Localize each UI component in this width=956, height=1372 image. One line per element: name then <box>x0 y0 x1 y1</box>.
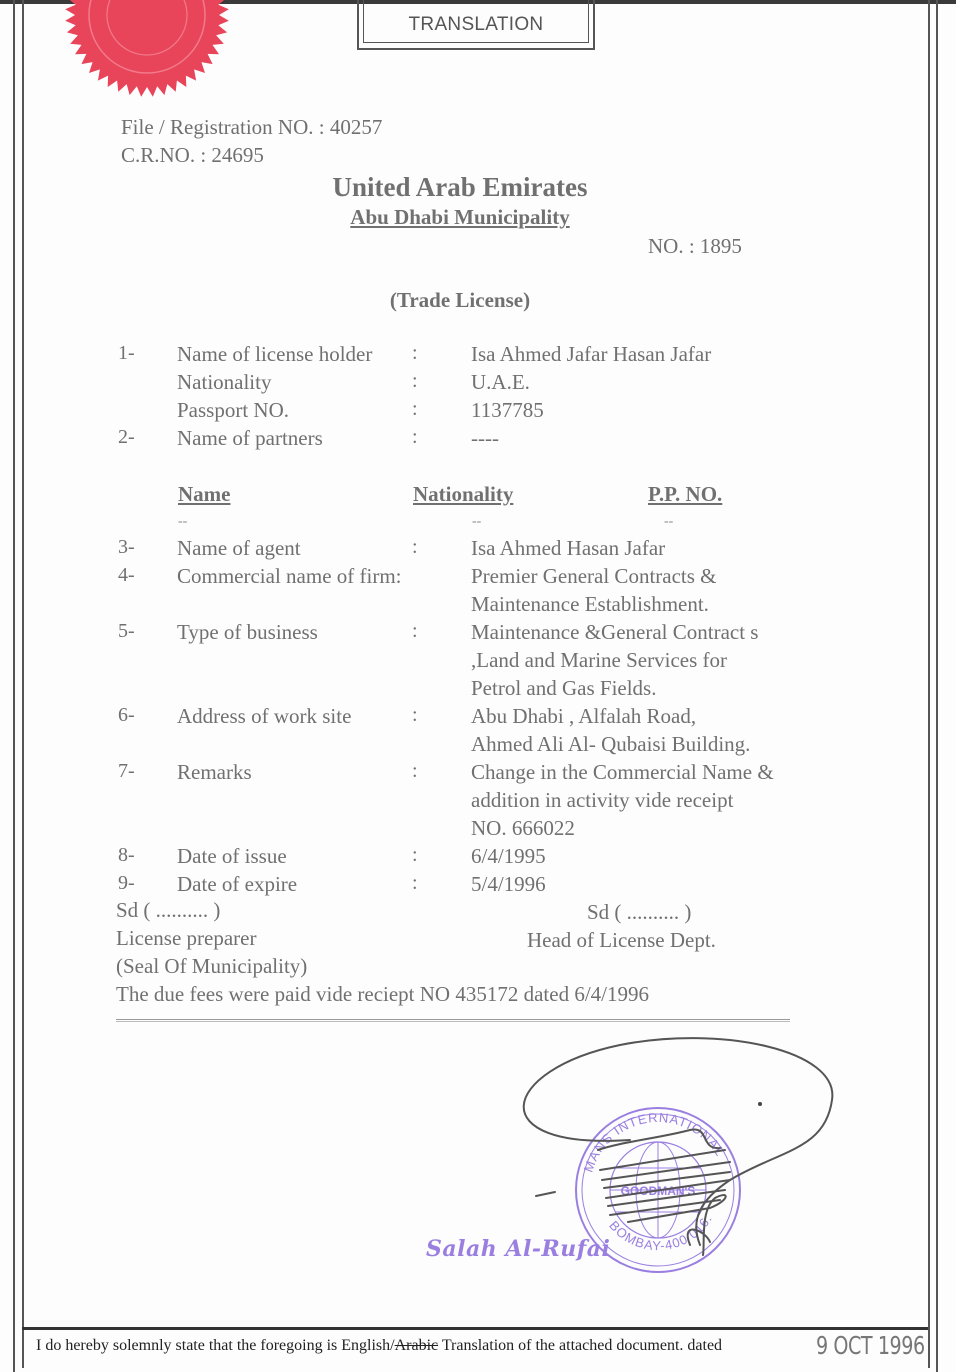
cr-number: C.R.NO. : 24695 <box>121 143 264 168</box>
field-value: Isa Ahmed Jafar Hasan Jafar <box>471 342 711 367</box>
field-value: 5/4/1996 <box>471 872 546 897</box>
field-label: Address of work site <box>177 704 351 729</box>
field-value: ---- <box>471 426 499 451</box>
field-value: addition in activity vide receipt <box>471 788 733 813</box>
partners-header-pp-no: P.P. NO. <box>648 482 722 507</box>
head-signature: Sd ( .......... ) <box>587 900 691 925</box>
field-value: Maintenance &General Contract s <box>471 620 758 645</box>
field-colon: : <box>412 704 418 727</box>
field-number: 2- <box>118 426 135 449</box>
svg-text:BOMBAY-400 016.: BOMBAY-400 016. <box>606 1212 715 1254</box>
preparer-signature: Sd ( .......... ) <box>116 898 220 923</box>
field-value: Ahmed Ali Al- Qubaisi Building. <box>471 732 750 757</box>
field-value: Premier General Contracts & <box>471 564 717 589</box>
field-number: 5- <box>118 620 135 643</box>
statement-pre: I do hereby solemnly state that the fore… <box>36 1337 395 1354</box>
partners-header-name: Name <box>178 482 230 507</box>
field-colon: : <box>412 844 418 867</box>
fees-note: The due fees were paid vide reciept NO 4… <box>116 982 649 1007</box>
field-value: Abu Dhabi , Alfalah Road, <box>471 704 696 729</box>
statement-post: Translation of the attached document. da… <box>438 1337 722 1354</box>
field-number: 3- <box>118 536 135 559</box>
head-role: Head of License Dept. <box>527 928 716 953</box>
field-value: 1137785 <box>471 398 544 423</box>
document-type: (Trade License) <box>0 288 920 313</box>
field-number: 9- <box>118 872 135 895</box>
license-number: NO. : 1895 <box>648 234 742 259</box>
field-label: Nationality <box>177 370 271 395</box>
field-label: Remarks <box>177 760 252 785</box>
field-number: 1- <box>118 342 135 365</box>
document-subtitle: Abu Dhabi Municipality <box>0 205 920 230</box>
field-value: Maintenance Establishment. <box>471 592 709 617</box>
field-label: Name of license holder <box>177 342 372 367</box>
translation-statement: I do hereby solemnly state that the fore… <box>36 1337 722 1355</box>
field-colon: : <box>412 342 418 365</box>
field-value: Change in the Commercial Name & <box>471 760 774 785</box>
field-value: Isa Ahmed Hasan Jafar <box>471 536 665 561</box>
field-colon: : <box>412 620 418 643</box>
statement-struck-word: Arabic <box>395 1337 439 1354</box>
preparer-role: License preparer <box>116 926 257 951</box>
field-label: Date of issue <box>177 844 287 869</box>
field-colon: : <box>412 760 418 783</box>
footer-rule <box>22 1327 928 1330</box>
translator-name-stamp: Salah Al-Rufai <box>426 1236 610 1262</box>
field-number: 6- <box>118 704 135 727</box>
field-number: 8- <box>118 844 135 867</box>
translation-badge: TRANSLATION <box>363 14 589 36</box>
field-value: U.A.E. <box>471 370 530 395</box>
partners-cell-pp-no: -- <box>664 514 673 530</box>
frame-right-inner <box>928 0 930 1368</box>
field-colon: : <box>412 370 418 393</box>
partners-cell-nationality: -- <box>472 514 481 530</box>
field-colon: : <box>412 426 418 449</box>
field-colon: : <box>412 872 418 895</box>
file-registration-number: File / Registration NO. : 40257 <box>121 115 382 140</box>
partners-header-nationality: Nationality <box>413 482 513 507</box>
field-label: Date of expire <box>177 872 297 897</box>
field-label: Passport NO. <box>177 398 289 423</box>
field-value: Petrol and Gas Fields. <box>471 676 656 701</box>
field-label: Name of agent <box>177 536 301 561</box>
field-number: 7- <box>118 760 135 783</box>
field-number: 4- <box>118 564 135 587</box>
document-title: United Arab Emirates <box>0 172 920 203</box>
field-colon: : <box>412 536 418 559</box>
field-label: Type of business <box>177 620 318 645</box>
partners-cell-name: -- <box>178 514 187 530</box>
field-label: Commercial name of firm: <box>177 564 402 589</box>
date-stamp: 9 OCT 1996 <box>816 1331 925 1360</box>
field-label: Name of partners <box>177 426 323 451</box>
frame-right-outer <box>936 0 938 1372</box>
municipality-seal-note: (Seal Of Municipality) <box>116 954 307 979</box>
field-value: 6/4/1995 <box>471 844 546 869</box>
field-value: ,Land and Marine Services for <box>471 648 727 673</box>
field-colon: : <box>412 398 418 421</box>
red-seal-icon <box>62 0 232 100</box>
field-value: NO. 666022 <box>471 816 575 841</box>
section-divider <box>116 1019 790 1022</box>
